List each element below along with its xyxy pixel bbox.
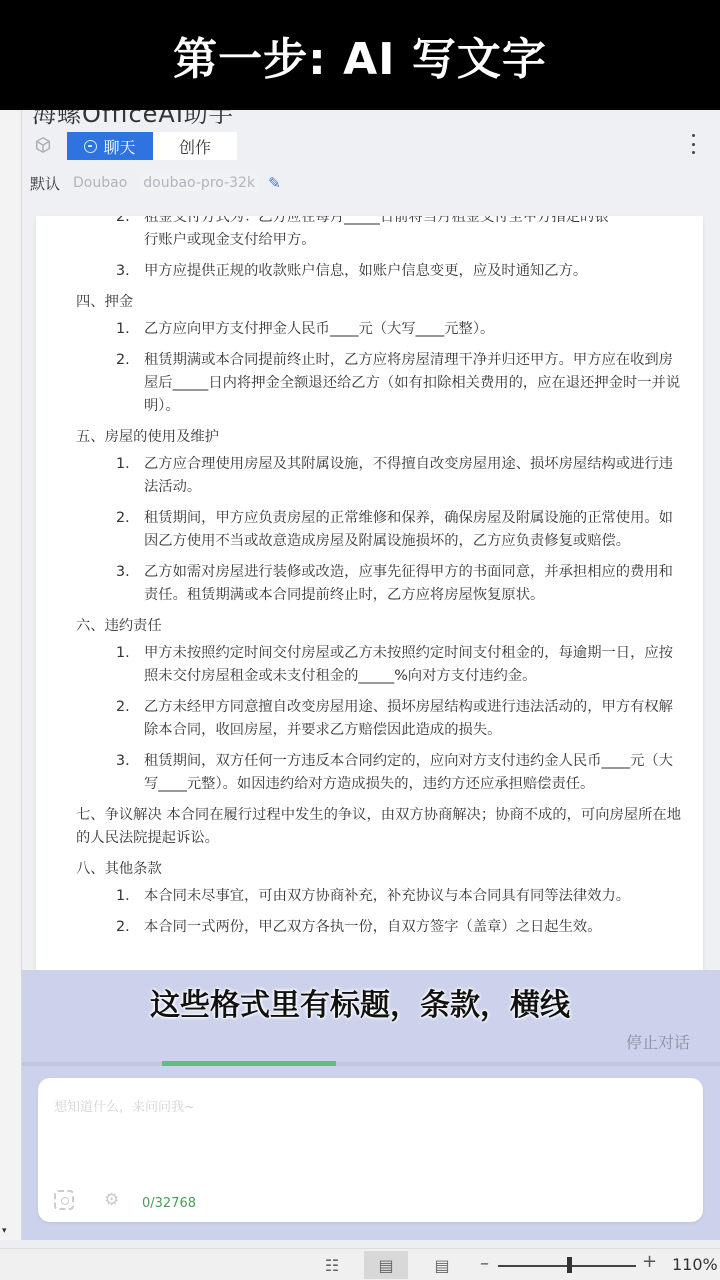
print-layout-button[interactable]: ▤ — [364, 1251, 408, 1279]
tab-create-label: 创作 — [179, 135, 211, 158]
video-caption-title: 第一步: AI 写文字 — [0, 0, 720, 110]
screen: ▾ 海螺OfficeAI助手 聊天 创作 默认 Doubao doubao-pr… — [0, 0, 720, 1280]
tab-chat-label: 聊天 — [103, 135, 135, 158]
item-text: 行账户或现金支付给甲方。 — [144, 232, 316, 248]
web-layout-icon: ▤ — [434, 1256, 449, 1275]
panel-toolbar: 聊天 创作 — [22, 130, 720, 162]
item-text: 租赁期满或本合同提前终止时，乙方应将房屋清理干净并归还甲方。甲方应在收到房屋后_… — [144, 349, 687, 418]
zoom-out-button[interactable]: – — [480, 1253, 489, 1274]
item-text: 乙方未经甲方同意擅自改变房屋用途、损坏房屋结构或进行违法活动的，甲方有权解除本合… — [144, 696, 687, 742]
stop-conversation-button[interactable]: 停止对话 — [626, 1030, 690, 1053]
item-text: 租金支付方式为：乙方应在每月_____日前将当月租金支付至甲方指定的银 — [144, 216, 609, 225]
section-paragraph: 七、争议解决 本合同在履行过程中发生的争议，由双方协商解决；协商不成的，可向房屋… — [76, 804, 687, 850]
item-number: 1. — [116, 453, 144, 499]
item-number: 2. — [116, 916, 144, 939]
item-text: 乙方应合理使用房屋及其附属设施，不得擅自改变房屋用途、损坏房屋结构或进行违法活动… — [144, 453, 687, 499]
item-number: 2. — [116, 349, 144, 418]
generation-progress-bar — [22, 1062, 720, 1066]
item-number: 2. — [116, 507, 144, 553]
status-bar: ☷ ▤ ▤ – + 110% — [0, 1248, 720, 1280]
item-number: 2. — [116, 696, 144, 742]
tab-chat[interactable]: 聊天 — [67, 132, 153, 160]
scroll-down-arrow-icon[interactable]: ▾ — [2, 1226, 7, 1236]
item-text: 乙方如需对房屋进行装修或改造，应事先征得甲方的书面同意，并承担相应的费用和责任。… — [144, 561, 687, 607]
item-text: 乙方应向甲方支付押金人民币____元（大写____元整）。 — [144, 318, 687, 341]
chat-input-placeholder: 想知道什么，来问问我~ — [54, 1096, 195, 1115]
more-vertical-icon[interactable] — [690, 134, 696, 154]
item-text: 甲方未按照约定时间交付房屋或乙方未按照约定时间支付租金的，每逾期一日，应按照未交… — [144, 642, 687, 688]
model-name[interactable]: doubao-pro-32k — [140, 175, 258, 191]
ai-response-card: 2. 租金支付方式为：乙方应在每月_____日前将当月租金支付至甲方指定的银 行… — [36, 216, 703, 1000]
read-mode-icon: ☷ — [325, 1256, 339, 1275]
item-number: 3. — [116, 561, 144, 607]
section-heading: 五、房屋的使用及维护 — [76, 426, 687, 449]
item-text: 租赁期间，甲方应负责房屋的正常维修和保养，确保房屋及附属设施的正常使用。如因乙方… — [144, 507, 687, 553]
item-number: 3. — [116, 260, 144, 283]
model-default-label[interactable]: 默认 — [30, 173, 60, 194]
item-number: 1. — [116, 642, 144, 688]
edit-pencil-icon[interactable]: ✎ — [268, 174, 281, 192]
item-text: 甲方应提供正规的收款账户信息，如账户信息变更，应及时通知乙方。 — [144, 260, 687, 283]
host-document-edge: ▾ — [0, 110, 22, 1240]
progress-fill — [162, 1061, 336, 1066]
contract-text: 2. 租金支付方式为：乙方应在每月_____日前将当月租金支付至甲方指定的银 行… — [36, 216, 703, 939]
item-text: 租赁期间，双方任何一方违反本合同约定的，应向对方支付违约金人民币____元（大写… — [144, 750, 687, 796]
zoom-slider-thumb[interactable] — [567, 1257, 572, 1273]
web-layout-button[interactable]: ▤ — [420, 1251, 464, 1279]
video-caption-subtitle: 这些格式里有标题，条款，横线 — [0, 980, 720, 1024]
model-selector-row: 默认 Doubao doubao-pro-32k ✎ — [30, 172, 281, 194]
zoom-level[interactable]: 110% — [672, 1255, 718, 1274]
item-number: 2. — [116, 216, 144, 252]
model-provider[interactable]: Doubao — [70, 175, 130, 191]
settings-icon[interactable]: ⚙ — [104, 1190, 119, 1210]
section-heading: 八、其他条款 — [76, 858, 687, 881]
char-counter: 0/32768 — [142, 1196, 196, 1211]
section-heading: 四、押金 — [76, 291, 687, 314]
item-number: 3. — [116, 750, 144, 796]
tab-create[interactable]: 创作 — [153, 132, 237, 160]
ai-assistant-panel: 海螺OfficeAI助手 聊天 创作 默认 Doubao doubao-pro-… — [22, 110, 720, 1240]
item-number: 1. — [116, 318, 144, 341]
item-number: 1. — [116, 885, 144, 908]
read-mode-button[interactable]: ☷ — [310, 1251, 354, 1279]
chat-input-box[interactable]: 想知道什么，来问问我~ ⚙ 0/32768 — [38, 1078, 703, 1222]
print-layout-icon: ▤ — [378, 1256, 393, 1275]
item-text: 本合同一式两份，甲乙双方各执一份，自双方签字（盖章）之日起生效。 — [144, 916, 687, 939]
zoom-in-button[interactable]: + — [642, 1251, 657, 1272]
screenshot-icon[interactable] — [54, 1190, 74, 1210]
cube-icon[interactable] — [34, 136, 52, 154]
section-heading: 六、违约责任 — [76, 615, 687, 638]
item-text: 本合同未尽事宜，可由双方协商补充，补充协议与本合同具有同等法律效力。 — [144, 885, 687, 908]
chat-icon — [84, 140, 97, 153]
